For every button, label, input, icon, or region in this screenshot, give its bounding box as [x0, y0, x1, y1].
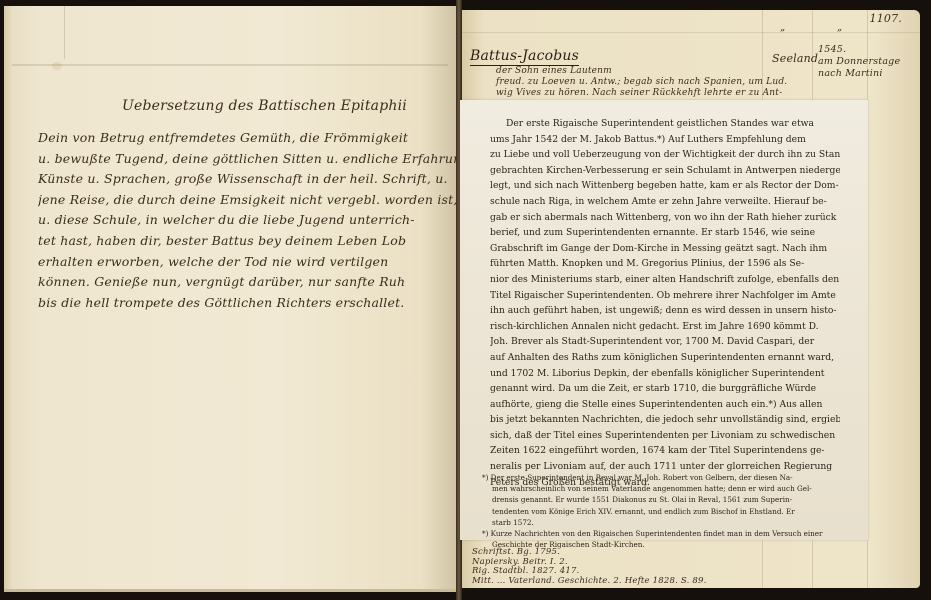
- entry-day: nach Martini: [818, 68, 900, 80]
- print-line: und 1702 M. Liborius Depkin, der ebenfal…: [490, 366, 840, 382]
- entry-year: 1545.: [818, 44, 900, 56]
- printed-clipping: Der erste Rigaische Superintendent geist…: [460, 100, 868, 540]
- source-references: Schriftst. Bg. 1795. Napiersky. Beitr. I…: [472, 548, 707, 586]
- entry-name: Battus-Jacobus: [470, 48, 579, 66]
- print-line: Der erste Rigaische Superintendent geist…: [490, 116, 840, 132]
- print-line: nior des Ministeriums starb, einer alten…: [490, 272, 840, 288]
- reference-line: Mitt. ... Vaterland. Geschichte. 2. Heft…: [472, 577, 707, 587]
- text-line: können. Genieße nun, vergnügt darüber, n…: [38, 272, 458, 293]
- print-line: berief, und zum Superintendenten ernannt…: [490, 225, 840, 241]
- text-line: erhalten erworben, welche der Tod nie wi…: [38, 252, 458, 273]
- clipping-footnotes: *) Der erste Superintendent in Reval war…: [482, 472, 842, 550]
- print-line: risch-kirchlichen Annalen nicht gedacht.…: [490, 319, 840, 335]
- print-line: ums Jahr 1542 der M. Jakob Battus.*) Auf…: [490, 132, 840, 148]
- text-line: bis die hell trompete des Göttlichen Ric…: [38, 293, 458, 314]
- ditto-mark: „: [837, 22, 842, 33]
- print-line: Joh. Brever als Stadt-Superintendent vor…: [490, 334, 840, 350]
- print-line: zu Liebe und voll Ueberzeugung von der W…: [490, 147, 840, 163]
- entry-date: 1545. am Donnerstage nach Martini: [818, 44, 900, 80]
- left-page-title: Uebersetzung des Battischen Epitaphii: [122, 98, 407, 114]
- right-page: „ „ 1107. Battus-Jacobus der Sohn eines …: [462, 10, 920, 588]
- clipping-paragraph: Der erste Rigaische Superintendent geist…: [490, 116, 840, 490]
- footnote-line: *) Kurze Nachrichten von den Rigaischen …: [482, 528, 842, 539]
- handwritten-translation: Dein von Betrug entfremdetes Gemüth, die…: [38, 128, 458, 313]
- text-line: freud. zu Loeven u. Antw.; begab sich na…: [496, 77, 796, 88]
- print-line: auf Anhalten des Raths zum königlichen S…: [490, 350, 840, 366]
- text-line: Künste u. Sprachen, große Wissenschaft i…: [38, 169, 458, 190]
- print-line: gebrachten Kirchen-Verbesserung er sein …: [490, 163, 840, 179]
- print-line: ihn auch geführt haben, ist ungewiß; den…: [490, 303, 840, 319]
- text-line: der Sohn eines Lautenm: [496, 66, 796, 77]
- print-line: schule nach Riga, in welchem Amte er zeh…: [490, 194, 840, 210]
- print-line: gab er sich abermals nach Wittenberg, vo…: [490, 210, 840, 226]
- open-book-scan: Uebersetzung des Battischen Epitaphii De…: [0, 0, 931, 600]
- text-line: tet hast, haben dir, bester Battus bey d…: [38, 231, 458, 252]
- entry-place: Seeland: [772, 52, 818, 65]
- text-line: jene Reise, die durch deine Emsigkeit ni…: [38, 190, 458, 211]
- footnote-line: starb 1572.: [482, 517, 842, 528]
- text-line: u. diese Schule, in welcher du die liebe…: [38, 210, 458, 231]
- print-line: legt, und sich nach Wittenberg begeben h…: [490, 178, 840, 194]
- footnote-line: drensis genannt. Er wurde 1551 Diakonus …: [482, 494, 842, 505]
- fold-line: [12, 64, 448, 66]
- text-line: Dein von Betrug entfremdetes Gemüth, die…: [38, 128, 458, 149]
- entry-day: am Donnerstage: [818, 56, 900, 68]
- print-line: Zeiten 1622 eingeführt worden, 1674 kam …: [490, 443, 840, 459]
- print-line: Titel Rigaischer Superintendenten. Ob me…: [490, 288, 840, 304]
- print-line: Grabschrift im Gange der Dom-Kirche in M…: [490, 241, 840, 257]
- stain: [52, 62, 62, 70]
- print-line: genannt wird. Da um die Zeit, er starb 1…: [490, 381, 840, 397]
- print-line: sich, daß der Titel eines Superintendent…: [490, 428, 840, 444]
- footnote-line: men wahrscheinlich von seinem Vaterlande…: [482, 483, 842, 494]
- print-line: aufhörte, gieng die Stelle eines Superin…: [490, 397, 840, 413]
- text-line: u. bewußte Tugend, deine göttlichen Sitt…: [38, 149, 458, 170]
- footnote-line: *) Der erste Superintendent in Reval war…: [482, 472, 842, 483]
- print-line: führten Matth. Knopken und M. Gregorius …: [490, 256, 840, 272]
- text-line: wig Vives zu hören. Nach seiner Rückkehf…: [496, 88, 796, 99]
- left-page: Uebersetzung des Battischen Epitaphii De…: [4, 6, 458, 592]
- footnote-line: tendenten vom Könige Erich XIV. ernannt,…: [482, 506, 842, 517]
- ditto-mark: „: [780, 22, 785, 33]
- folio-number: 1107.: [870, 12, 903, 25]
- print-line: bis jetzt bekannten Nachrichten, die jed…: [490, 412, 840, 428]
- page-edge: [4, 6, 14, 589]
- fold-line: [64, 6, 65, 59]
- ledger-rule: [462, 32, 920, 33]
